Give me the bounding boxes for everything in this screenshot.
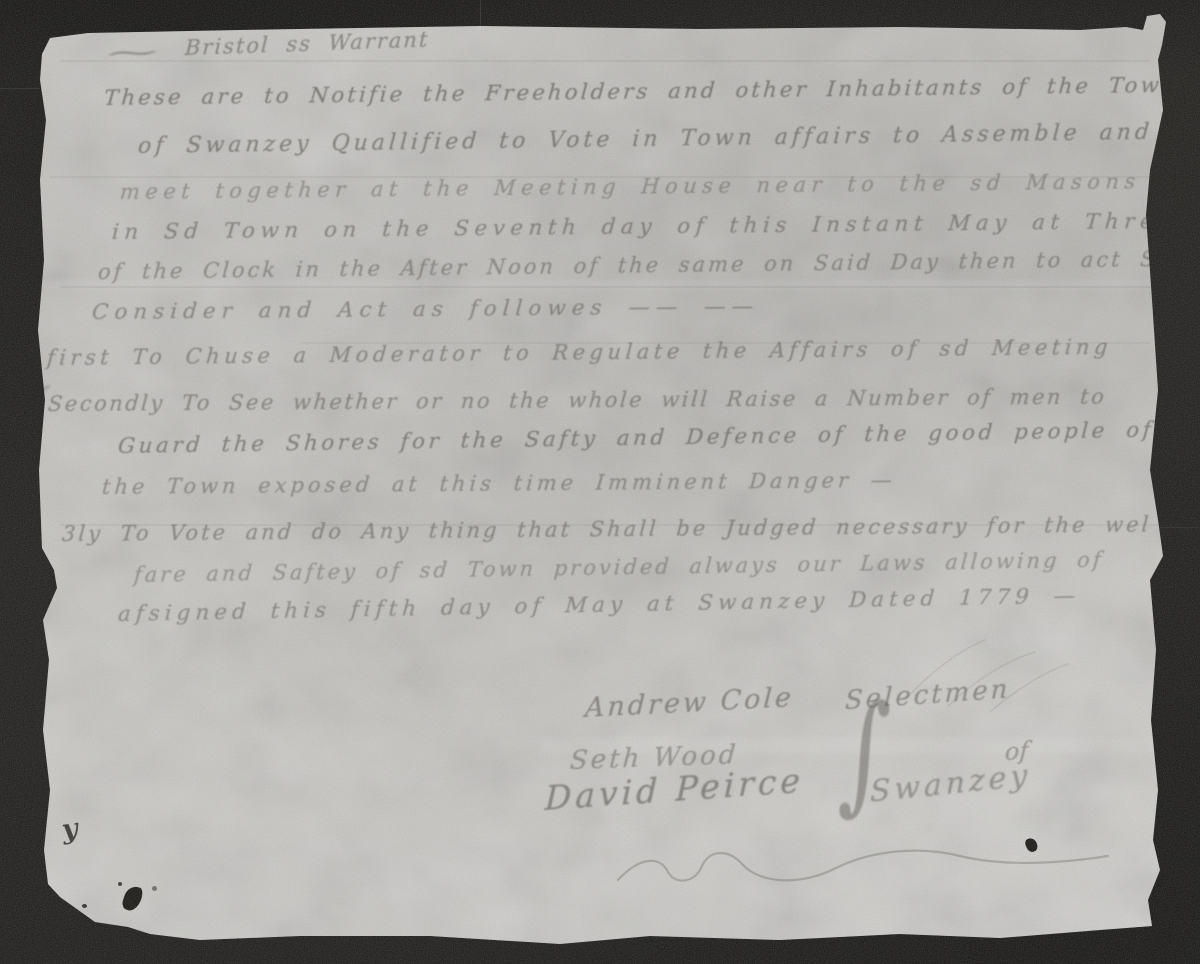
text-line: Consider and Act as followes —— —— xyxy=(91,296,760,323)
text-line: of Swanzey Quallified to Vote in Town af… xyxy=(137,122,1154,158)
document-paper: ~ Bristol ss Warrant These are to Notifi… xyxy=(0,0,1200,964)
heading-line: Bristol ss Warrant xyxy=(184,29,429,59)
text-line: in Sd Town on the Seventh day of this In… xyxy=(111,211,1177,244)
text-line-dated-1779: afsigned this fifth day of May at Swanze… xyxy=(117,586,1081,626)
scan-artifact-line xyxy=(480,0,481,30)
scan-artifact-line xyxy=(1160,527,1200,528)
signature-andrew-cole: Andrew Cole xyxy=(584,684,794,722)
selectmen-town-label: Swanzey xyxy=(870,761,1031,808)
heading-flourish: ~ xyxy=(99,34,165,71)
text-line: the Town exposed at this time Imminent D… xyxy=(101,470,896,498)
ink-speck xyxy=(152,886,157,891)
ink-blot xyxy=(1024,836,1039,853)
margin-y-mark: y xyxy=(60,813,80,846)
ink-blot xyxy=(121,884,145,913)
text-line: fare and Saftey of sd Town provided alwa… xyxy=(133,550,1104,586)
scan-artifact-line xyxy=(0,88,40,89)
text-line-article-first: first To Chuse a Moderator to Regulate t… xyxy=(46,337,1113,369)
text-line-article-secondly: Secondly To See whether or no the whole … xyxy=(47,387,1107,415)
text-line: Guard the Shores for the Safty and Defen… xyxy=(117,420,1155,458)
text-line: These are to Notifie the Freeholders and… xyxy=(103,75,1179,110)
text-line: meet together at the Meeting House near … xyxy=(119,171,1141,203)
scan-streak xyxy=(60,60,1150,62)
text-line: of the Clock in the After Noon of the sa… xyxy=(97,249,1170,283)
ink-speck xyxy=(82,904,87,908)
scan-streak xyxy=(60,286,1155,288)
text-line-article-thirdly: 3ly To Vote and do Any thing that Shall … xyxy=(61,514,1152,545)
ink-speck xyxy=(118,882,122,886)
scan-background: ~ Bristol ss Warrant These are to Notifi… xyxy=(0,0,1200,964)
margin-flourish: ( xyxy=(18,371,51,446)
